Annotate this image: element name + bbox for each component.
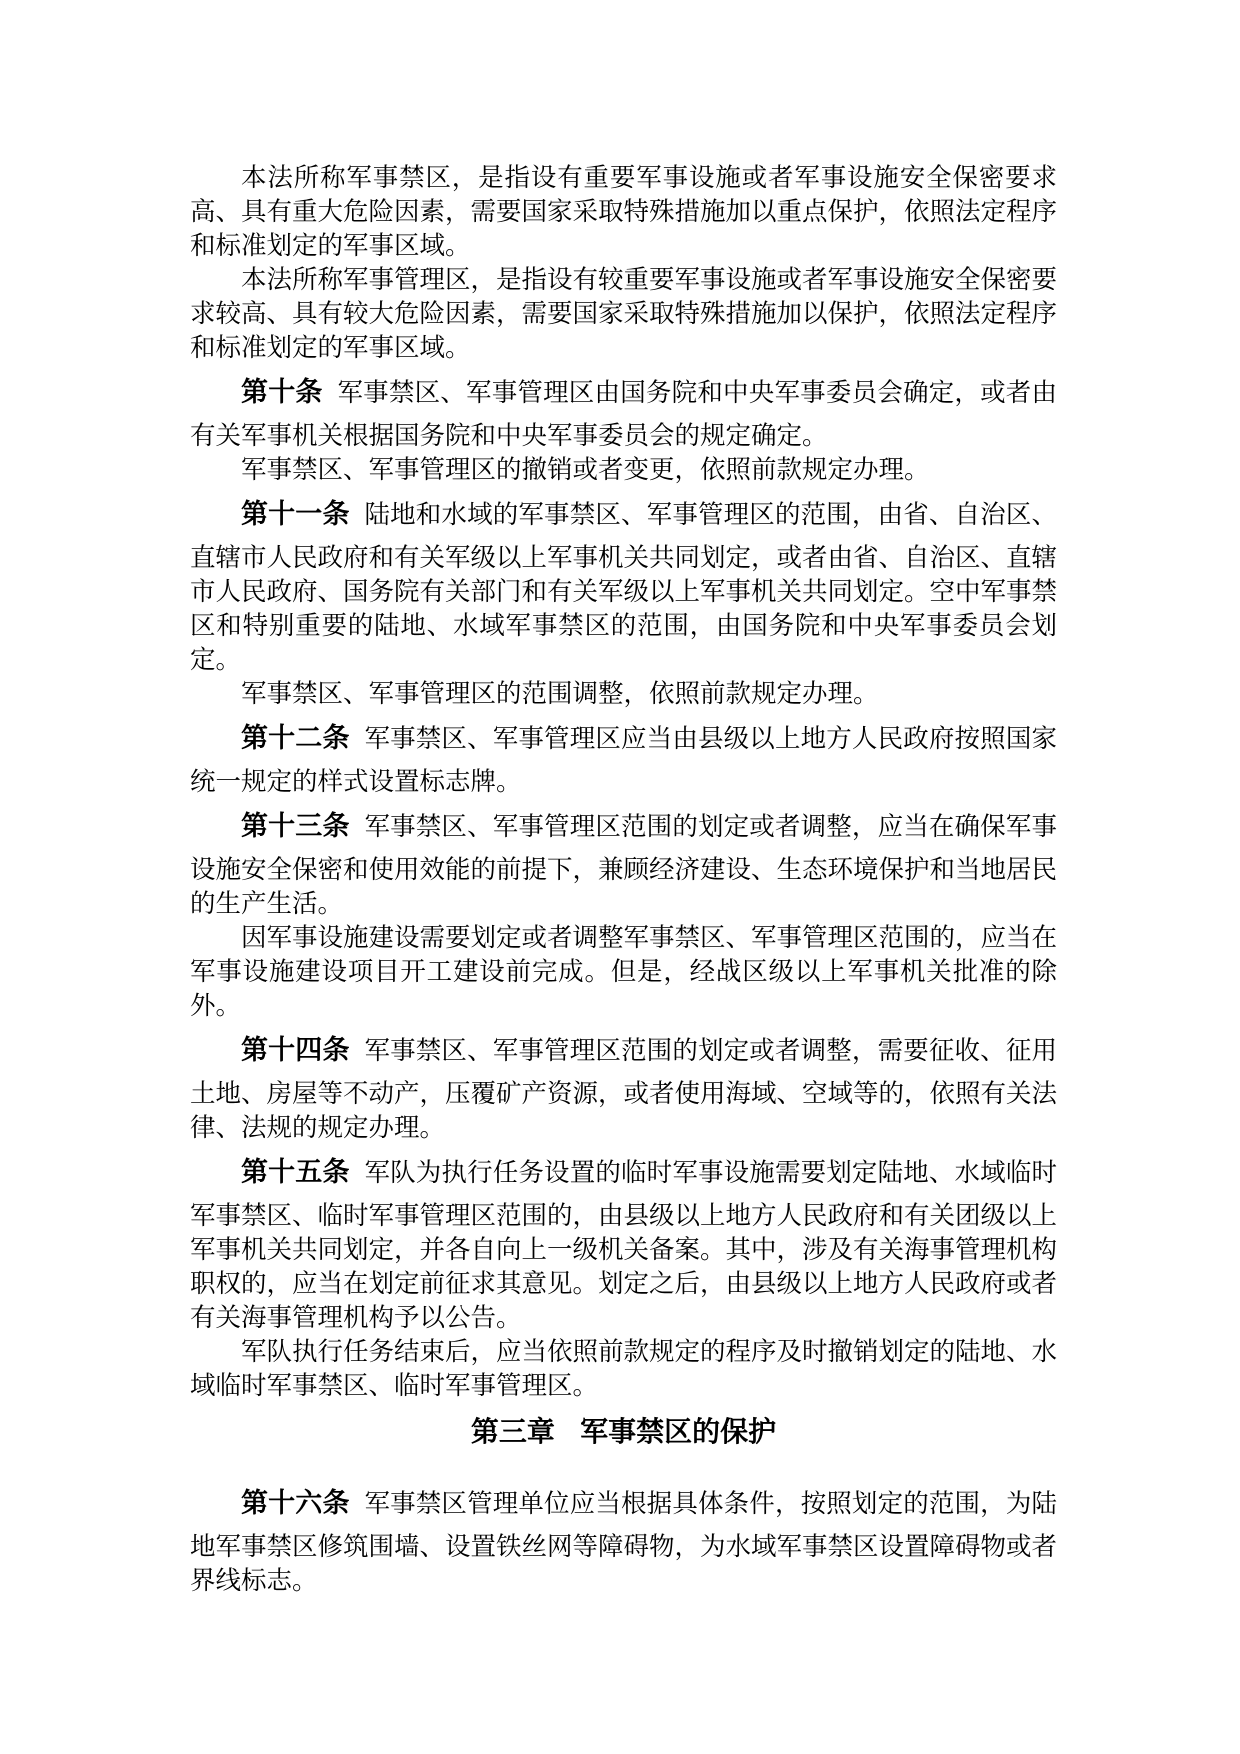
article-paragraph: 第十一条陆地和水域的军事禁区、军事管理区的范围，由省、自治区、直辖市人民政府和有… (190, 487, 1057, 677)
paragraph-text: 本法所称军事禁区，是指设有重要军事设施或者军事设施安全保密要求高、具有重大危险因… (190, 163, 1057, 260)
article-number: 第十一条 (241, 499, 350, 529)
body-paragraph: 本法所称军事管理区，是指设有较重要军事设施或者军事设施安全保密要求较高、具有较大… (190, 263, 1057, 365)
paragraph-text: 军队执行任务结束后，应当依照前款规定的程序及时撤销划定的陆地、水域临时军事禁区、… (190, 1337, 1057, 1400)
article-number: 第十六条 (241, 1488, 350, 1518)
article-paragraph: 第十二条军事禁区、军事管理区应当由县级以上地方人民政府按照国家统一规定的样式设置… (190, 711, 1057, 799)
article-number: 第十四条 (241, 1035, 350, 1065)
chapter-heading: 第三章军事禁区的保护 (190, 1414, 1057, 1450)
article-number: 第十条 (241, 377, 323, 407)
body-paragraph: 因军事设施建设需要划定或者调整军事禁区、军事管理区范围的，应当在军事设施建设项目… (190, 921, 1057, 1023)
body-paragraph: 军事禁区、军事管理区的撤销或者变更，依照前款规定办理。 (190, 453, 1057, 487)
article-number: 第十二条 (241, 723, 350, 753)
article-number: 第十三条 (241, 811, 350, 841)
chapter-title: 军事禁区的保护 (580, 1416, 776, 1447)
paragraph-text: 军事禁区、军事管理区的撤销或者变更，依照前款规定办理。 (241, 455, 930, 484)
paragraph-text: 军事禁区、军事管理区的范围调整，依照前款规定办理。 (241, 679, 879, 708)
article-number: 第十五条 (241, 1157, 350, 1187)
body-paragraph: 军事禁区、军事管理区的范围调整，依照前款规定办理。 (190, 677, 1057, 711)
chapter-number: 第三章 (471, 1416, 555, 1447)
article-paragraph: 第十三条军事禁区、军事管理区范围的划定或者调整，应当在确保军事设施安全保密和使用… (190, 799, 1057, 921)
paragraph-text: 因军事设施建设需要划定或者调整军事禁区、军事管理区范围的，应当在军事设施建设项目… (190, 923, 1057, 1020)
body-paragraph: 军队执行任务结束后，应当依照前款规定的程序及时撤销划定的陆地、水域临时军事禁区、… (190, 1335, 1057, 1403)
paragraph-text: 本法所称军事管理区，是指设有较重要军事设施或者军事设施安全保密要求较高、具有较大… (190, 265, 1057, 362)
article-paragraph: 第十条军事禁区、军事管理区由国务院和中央军事委员会确定，或者由有关军事机关根据国… (190, 365, 1057, 453)
article-paragraph: 第十五条军队为执行任务设置的临时军事设施需要划定陆地、水域临时军事禁区、临时军事… (190, 1145, 1057, 1335)
article-paragraph: 第十六条军事禁区管理单位应当根据具体条件，按照划定的范围，为陆地军事禁区修筑围墙… (190, 1476, 1057, 1598)
article-paragraph: 第十四条军事禁区、军事管理区范围的划定或者调整，需要征收、征用土地、房屋等不动产… (190, 1023, 1057, 1145)
body-paragraph: 本法所称军事禁区，是指设有重要军事设施或者军事设施安全保密要求高、具有重大危险因… (190, 161, 1057, 263)
document-page: 本法所称军事禁区，是指设有重要军事设施或者军事设施安全保密要求高、具有重大危险因… (0, 0, 1240, 1754)
